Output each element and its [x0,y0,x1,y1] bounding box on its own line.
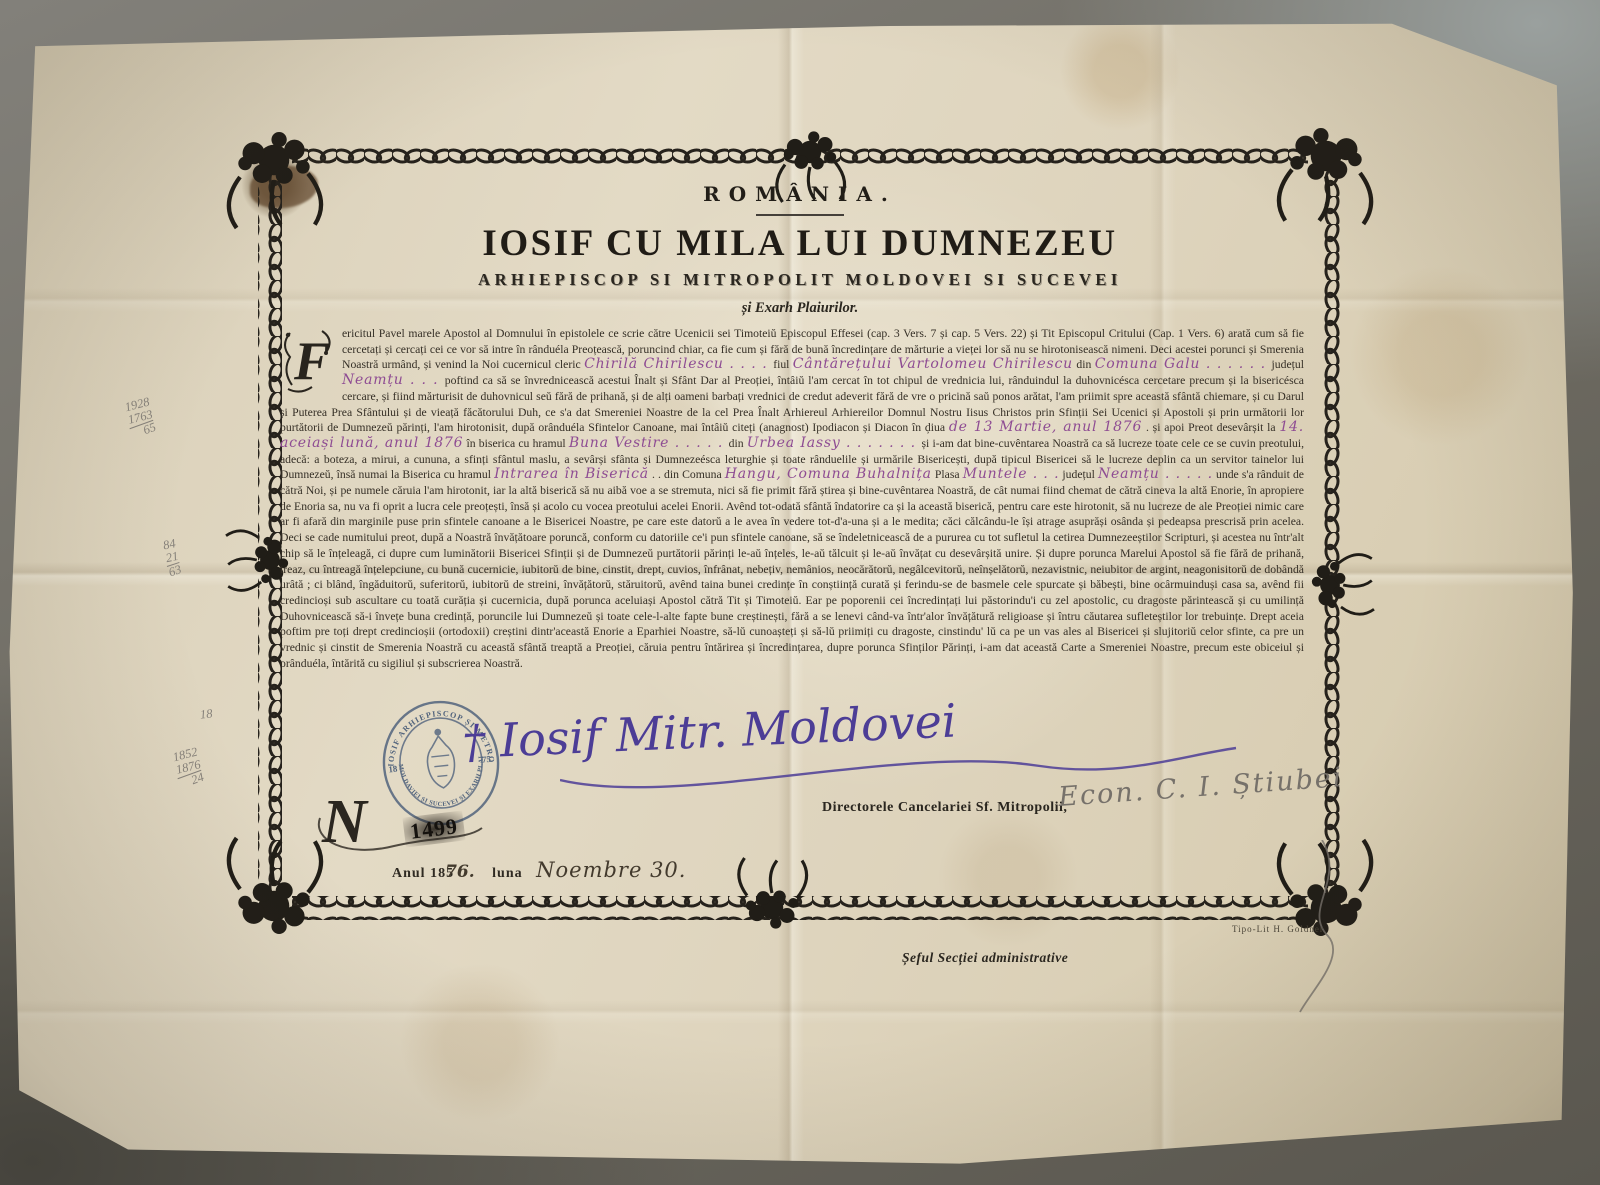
date-year-overwrite: 76. [445,862,475,882]
dropcap-initial: F [280,327,334,393]
printed-segment: fiul [773,358,793,371]
handwritten-segment: Urbea Iassy . . . . . . . [747,435,922,451]
handwritten-segment: de 13 Martie, anul 1876 [949,419,1142,435]
director-label: Directorele Cancelariei Sf. Mitropolii, [822,800,1067,815]
printer-credit: Tipo-Lit H. Goldner [1232,924,1324,934]
printed-segment: județul [1272,358,1304,371]
handwritten-segment: Hangu, Comuna Buhalnița [725,466,932,482]
document-title: IOSIF CU MILA LUI DUMNEZEU [260,222,1340,265]
printed-segment: din [729,437,747,450]
body-text: F ericitul Pavel marele Apostol al Domnu… [280,326,1304,671]
seal-coat-of-arms [424,727,457,789]
printed-segment: din [1073,358,1095,371]
pencil-note: 18 [199,707,213,721]
seal-year-left: 18 [388,764,398,775]
date-handwritten: Noembre 30. [536,858,686,882]
handwritten-segment: Neamțu . . . [342,372,445,388]
printed-segment: Plasa [932,468,963,481]
handwritten-segment: Buna Vestire . . . . . [569,435,729,451]
director-row: Directorele Cancelariei Sf. Mitropolii, [822,798,1067,816]
chief-of-section-label: Șeful Secției administrative [902,950,1068,966]
handwritten-segment: Neamțu . . . . . [1098,466,1213,482]
handwritten-segment: Intrarea în Biserică [494,466,649,482]
printed-segment: în biserica cu hramul [463,437,569,450]
handwritten-segment: Cântărețului Vartolomeu Chirilescu [793,356,1073,372]
printed-segment: . și apoi Preot desevârșit la [1142,421,1279,434]
dropcap-letter: F [293,331,330,391]
date-line: Anul 18576. luna Noembre 30. [392,858,686,882]
document-subtitle: ARHIEPISCOP SI MITROPOLIT MOLDOVEI SI SU… [260,270,1340,290]
header-divider [756,214,844,216]
handwritten-segment: Muntele . . . [963,466,1060,482]
photograph-of-document: ROMÂNIA. IOSIF CU MILA LUI DUMNEZEU ARHI… [0,0,1600,1185]
printed-segment: județul [1059,468,1098,481]
date-luna-label: luna [492,866,522,881]
country-header: ROMÂNIA. [260,182,1340,206]
handwritten-segment: Comuna Galu . . . . . . [1095,356,1272,372]
handwritten-segment: Chirilă Chirilescu . . . . [584,356,773,372]
registry-number-flourish [316,806,486,866]
document-paper: ROMÂNIA. IOSIF CU MILA LUI DUMNEZEU ARHI… [0,0,1600,1185]
printed-segment: . . din Comuna [649,468,725,481]
printed-segment: unde s'a rânduit de cătră Noi, și pe num… [280,468,1304,669]
document-subtitle-2: și Exarh Plaiurilor. [260,300,1340,317]
